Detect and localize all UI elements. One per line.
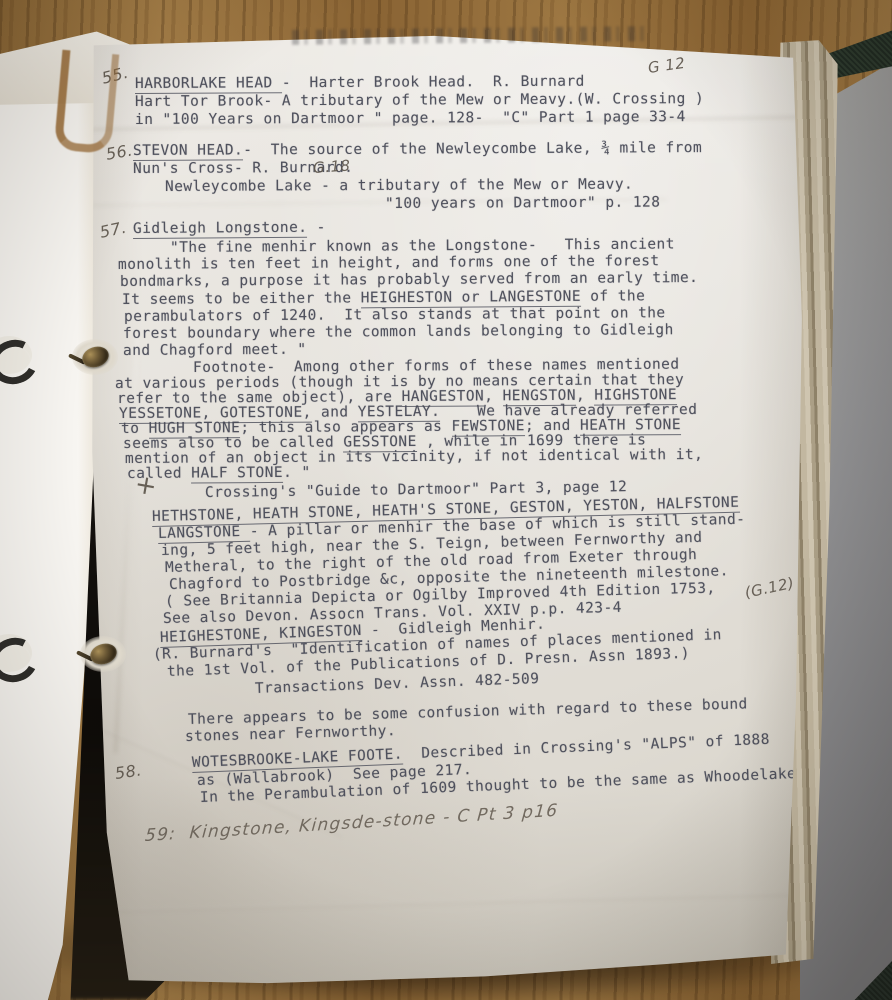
entry-number-58: 58. <box>114 760 143 783</box>
photo-of-binder-page: 55.G 12HARBORLAKE HEAD - Harter Brook He… <box>0 0 892 1000</box>
brass-fastener-bottom-icon <box>80 636 126 672</box>
typed-line: HARBORLAKE HEAD - Harter Brook Head. R. … <box>135 74 585 93</box>
brass-fastener-top-icon <box>72 339 118 375</box>
entry-number-56: 56. <box>104 140 134 163</box>
typed-line: There appears to be some confusion with … <box>188 696 748 729</box>
typed-line: "100 years on Dartmoor" p. 128 <box>385 195 660 213</box>
typed-line: Gidleigh Longstone. - <box>133 220 326 238</box>
page-paper: 55.G 12HARBORLAKE HEAD - Harter Brook He… <box>85 33 812 985</box>
margin-ref-g18: G.18 <box>312 156 351 177</box>
glue-stain <box>54 50 119 155</box>
pencil-cross-mark: + <box>132 469 159 502</box>
entry-number-57: 57. <box>98 218 128 242</box>
typed-line: in "100 Years on Dartmoor " page. 128- "… <box>135 109 686 129</box>
offset-ghost-text <box>292 26 644 45</box>
typed-line: and Chagford meet. " <box>123 342 307 360</box>
typed-line: forest boundary where the common lands b… <box>123 322 674 343</box>
margin-ref-g12: G 12 <box>647 54 687 77</box>
typed-line: STEVON HEAD.- The source of the Newleyco… <box>133 140 702 160</box>
paper-crease <box>85 892 812 913</box>
typed-line: Newleycombe Lake - a tributary of the Me… <box>165 177 633 196</box>
typed-line: Hart Tor Brook- A tributary of the Mew o… <box>135 91 704 111</box>
handwritten-entry-59: 59: Kingstone, Kingsde-stone - C Pt 3 p1… <box>144 801 559 846</box>
margin-ref-g12-lower: (G.12) <box>743 574 796 602</box>
